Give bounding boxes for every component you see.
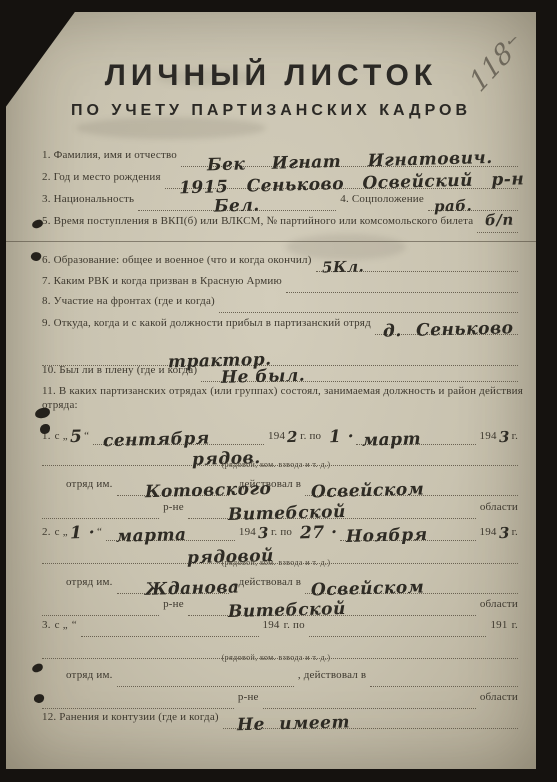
entry2-oblast-region: Витебской — [188, 602, 346, 620]
entry2-from-year-printed: 194 — [237, 526, 258, 538]
ink-blot — [31, 663, 44, 674]
entry2-unit-label: отряд им. — [64, 576, 115, 588]
entry1-oblast-label: области — [478, 501, 520, 513]
entry3-quote: “ — [70, 619, 79, 631]
service-entry-3-unit-row: отряд им. , действовал в — [64, 669, 520, 687]
field-name-value: Бек Игнат Игнатович. — [181, 151, 493, 173]
field-party-value: б/п — [477, 213, 514, 228]
field-captivity-row: 10. Был ли в плену (где и когда) Не был. — [40, 364, 520, 382]
entry2-from-prefix: с „ — [53, 526, 70, 538]
field-birth-label: 2. Год и место рождения — [40, 171, 163, 183]
field-nationality-value: Бел. — [214, 198, 260, 213]
entry2-region: Освейском — [305, 580, 425, 597]
entry2-to-prefix: г. по — [269, 526, 294, 538]
field-party-label: 5. Время поступления в ВКП(б) или ВЛКСМ,… — [40, 215, 475, 227]
entry1-unit-name: Котовского — [116, 482, 271, 500]
field-origin-value: д. Сеньково — [375, 321, 514, 339]
entry1-to-year-printed: 194 — [478, 430, 499, 442]
field-captivity-value: Не был. — [201, 369, 306, 386]
entry2-rank-caption: (рядовой, ком. взвода и т. д.) — [146, 558, 406, 567]
service-entry-2-dates: 2. с „ 1 · “ марта 194 3 г. по 27 · Нояб… — [40, 523, 520, 541]
field-units-label: 11. В каких партизанских отрядах (или гр… — [40, 385, 525, 397]
entry1-unit-label: отряд им. — [64, 478, 115, 490]
service-entry-1-unit-row: отряд им. Котовского , действовал в Осве… — [64, 478, 520, 496]
field-wounds-label: 12. Ранения и контузии (где и когда) — [40, 711, 221, 723]
field-name-label: 1. Фамилия, имя и отчество — [40, 149, 179, 161]
entry3-year-suffix: г. — [510, 619, 520, 631]
entry3-acted-label: , действовал в — [296, 669, 368, 681]
entry1-from-day: 5 — [70, 430, 83, 444]
entry3-rank-caption: (рядовой, ком. взвода и т. д.) — [146, 653, 406, 662]
entry1-to-year-digit: 3 — [498, 430, 509, 444]
entry2-quote: “ — [95, 526, 104, 538]
service-entry-3-dates: 3. с „ “ 194 г. по 191 г. — [40, 619, 520, 637]
entry2-to-year-digit: 3 — [498, 526, 509, 540]
entry2-rne-label: р-не — [161, 598, 186, 610]
field-name-row: 1. Фамилия, имя и отчество Бек Игнат Игн… — [40, 149, 520, 167]
entry1-oblast-region: Витебской — [188, 505, 346, 523]
entry1-to-day: 1 · — [323, 430, 355, 445]
entry3-to-year-printed: 191 — [488, 619, 509, 631]
entry3-unit-label: отряд им. — [64, 669, 115, 681]
entry1-year-suffix: г. — [510, 430, 520, 442]
field-social-label: 4. Соцположение — [338, 193, 426, 205]
document-subtitle: ПО УЧЕТУ ПАРТИЗАНСКИХ КАДРОВ — [6, 102, 536, 120]
field-rvk-row: 7. Каким РВК и когда призван в Красную А… — [40, 275, 520, 293]
field-wounds-row: 12. Ранения и контузии (где и когда) Не … — [40, 711, 520, 729]
entry1-from-month: сентября — [93, 431, 210, 448]
field-fronts-label: 8. Участие на фронтах (где и когда) — [40, 295, 217, 307]
service-entry-1-oblast-row: р-не Витебской области — [40, 501, 520, 519]
service-entry-1-dates: 1. с „ 5 “ сентября 194 2 г. по 1 · март… — [40, 427, 520, 445]
entry1-quote: “ — [82, 430, 91, 442]
field-education-row: 6. Образование: общее и военное (что и к… — [40, 254, 520, 272]
entry3-number: 3. — [40, 619, 53, 631]
entry1-to-prefix: г. по — [298, 430, 323, 442]
entry3-from-year-printed: 194 — [261, 619, 282, 631]
entry2-unit-name: Жданова — [116, 580, 239, 597]
entry2-to-day: 27 · — [294, 525, 338, 540]
entry2-number: 2. — [40, 526, 53, 538]
entry1-region: Освейском — [305, 482, 425, 499]
service-entry-2-oblast-row: р-не Витебской области — [40, 598, 520, 616]
entry3-rne-label: р-не — [236, 691, 261, 703]
document-title: ЛИЧНЫЙ ЛИСТОК — [6, 59, 536, 93]
field-fronts-row: 8. Участие на фронтах (где и когда) — [40, 295, 520, 313]
service-entry-3-oblast-row: р-не области — [40, 691, 520, 709]
field-wounds-value: Не имеет — [223, 715, 350, 732]
document-sheet: ✓ 118 ЛИЧНЫЙ ЛИСТОК ПО УЧЕТУ ПАРТИЗАНСКИ… — [6, 12, 536, 769]
field-education-value: 5Кл. — [315, 259, 364, 274]
field-origin-label: 9. Откуда, когда и с какой должности при… — [40, 317, 373, 329]
field-birth-row: 2. Год и место рождения 1915 Сеньково Ос… — [40, 171, 520, 189]
entry2-year-suffix: г. — [510, 526, 520, 538]
field-education-label: 6. Образование: общее и военное (что и к… — [40, 254, 314, 266]
field-captivity-label: 10. Был ли в плену (где и когда) — [40, 364, 199, 376]
field-rvk-label: 7. Каким РВК и когда призван в Красную А… — [40, 275, 284, 287]
entry2-to-month: Ноября — [339, 528, 427, 544]
entry2-from-year-digit: 3 — [258, 526, 269, 540]
field-nationality-row: 3. Национальность Бел. 4. Соцположение р… — [40, 193, 520, 211]
entry3-to-prefix: г. по — [282, 619, 307, 631]
entry1-from-prefix: с „ — [53, 430, 70, 442]
entry1-from-year-printed: 194 — [266, 430, 287, 442]
section-divider — [6, 241, 536, 242]
ink-blot — [34, 407, 50, 419]
field-origin-row: 9. Откуда, когда и с какой должности при… — [40, 317, 520, 335]
entry3-oblast-label: области — [478, 691, 520, 703]
entry2-oblast-label: области — [478, 598, 520, 610]
entry2-from-day: 1 · — [70, 526, 96, 541]
entry1-rank-caption: (рядовой, ком. взвода и т. д.) — [146, 460, 406, 469]
entry2-from-month: марта — [106, 528, 187, 544]
field-units-heading2: отряда: — [40, 399, 520, 417]
entry1-rne-label: р-не — [161, 501, 186, 513]
entry2-to-year-printed: 194 — [478, 526, 499, 538]
field-social-value: раб. — [428, 198, 473, 213]
entry1-to-month: март — [356, 432, 421, 448]
smudge — [76, 117, 266, 139]
entry2-acted-label: , действовал в — [231, 576, 303, 588]
field-nationality-label: 3. Национальность — [40, 193, 136, 205]
entry1-from-year-digit: 2 — [287, 430, 298, 444]
service-entry-2-unit-row: отряд им. Жданова , действовал в Освейск… — [64, 576, 520, 594]
entry3-from-prefix: с „ — [53, 619, 70, 631]
field-party-row: 5. Время поступления в ВКП(б) или ВЛКСМ,… — [40, 215, 520, 233]
